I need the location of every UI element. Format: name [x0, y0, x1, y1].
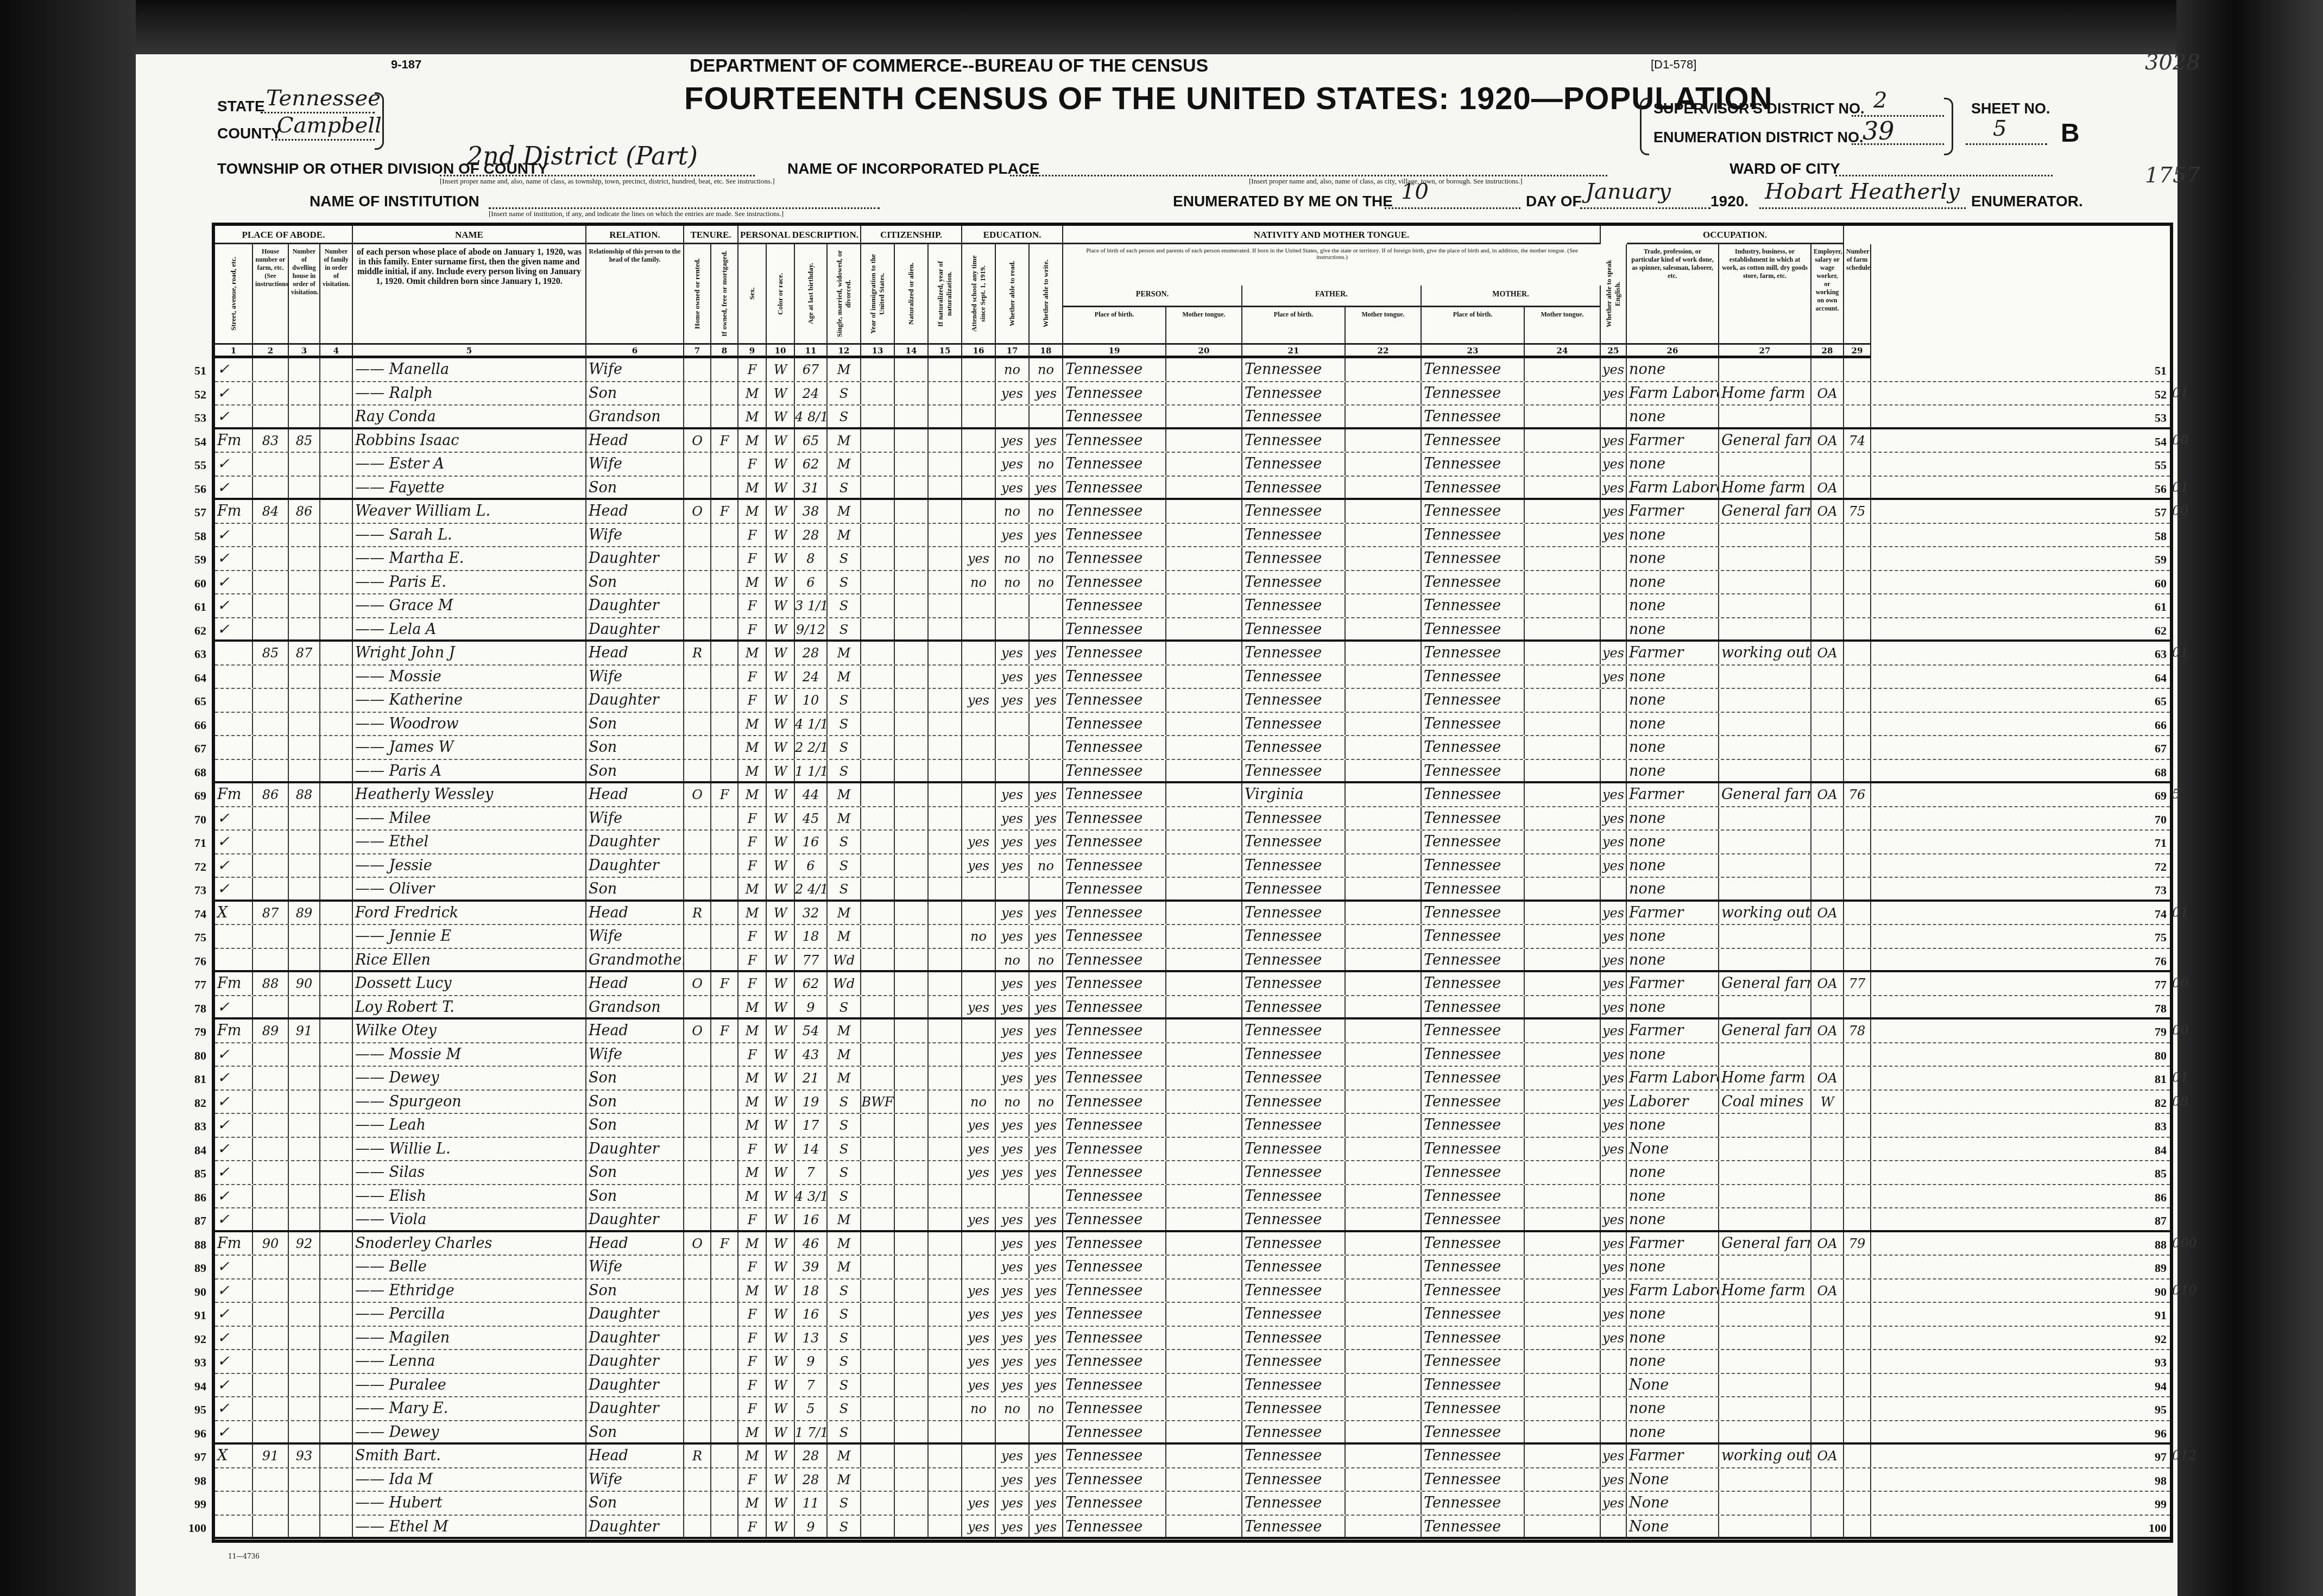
table-row: X8789Ford FredrickHeadRMW32MyesyesTennes… [215, 902, 2170, 926]
cell-m-tongue [1525, 925, 1601, 948]
cell-m-pob: Tennessee [1422, 713, 1525, 736]
cell-natyr [929, 500, 962, 523]
cell-mort [711, 1161, 738, 1184]
cell-natyr [929, 358, 962, 381]
cell-street: X [215, 1445, 253, 1467]
cell-race: W [767, 429, 795, 452]
cell-nat [895, 1492, 929, 1515]
table-row: —— HubertSonMW11SyesyesyesTennesseeTenne… [215, 1492, 2170, 1516]
cell-dwelling [289, 1516, 320, 1537]
cell-marital: S [828, 1397, 861, 1420]
cell-family [320, 500, 353, 523]
cell-pob: Tennessee [1063, 1492, 1166, 1515]
cell-street [215, 642, 253, 664]
column-number: 28 [1811, 343, 1844, 358]
cell-industry [1719, 547, 1811, 570]
cell-read [996, 618, 1030, 640]
cell-pob: Tennessee [1063, 713, 1166, 736]
cell-age: 65 [795, 429, 828, 452]
side-stamp: 1757 [2145, 163, 2200, 188]
cell-write: yes [1030, 1208, 1063, 1230]
cell-race: W [767, 1280, 795, 1302]
cell-natyr [929, 1138, 962, 1161]
line-number: 61 [185, 600, 206, 614]
cell-sex: M [738, 783, 767, 806]
cell-f-pob: Tennessee [1242, 1397, 1346, 1420]
cell-class: OA [1811, 477, 1844, 498]
column-header-24: Mother tongue. [1525, 307, 1601, 343]
cell-pob: Tennessee [1063, 500, 1166, 523]
page-title: FOURTEENTH CENSUS OF THE UNITED STATES: … [684, 80, 1773, 117]
institution-instruction: [Insert name of institution, if any, and… [489, 210, 784, 218]
cell-home [684, 666, 711, 688]
cell-home [684, 453, 711, 476]
cell-dwelling [289, 382, 320, 405]
cell-sex: M [738, 500, 767, 523]
cell-mort [711, 1374, 738, 1397]
line-number: 73 [185, 883, 206, 897]
cell-family [320, 1327, 353, 1350]
cell-home [684, 524, 711, 547]
cell-industry [1719, 689, 1811, 712]
cell-dwelling [289, 453, 320, 476]
cell-age: 62 [795, 972, 828, 995]
cell-sex: F [738, 547, 767, 570]
cell-natyr [929, 807, 962, 830]
cell-industry [1719, 1374, 1811, 1397]
column-header-14: Naturalized or alien. [895, 244, 929, 343]
cell-street: ✓ [215, 807, 253, 830]
cell-read: yes [996, 1019, 1030, 1042]
cell-f-tongue [1346, 642, 1422, 664]
column-header-label: Naturalized or alien. [907, 248, 916, 340]
cell-marital: M [828, 500, 861, 523]
cell-write: no [1030, 453, 1063, 476]
line-number: 61 [2145, 600, 2167, 614]
cell-read: yes [996, 996, 1030, 1018]
cell-home [684, 1185, 711, 1208]
cell-age: 17 [795, 1114, 828, 1137]
column-number: 2 [253, 343, 289, 358]
cell-farm [1844, 1185, 1871, 1208]
cell-immig [861, 1350, 895, 1373]
column-number: 22 [1346, 343, 1422, 358]
cell-race: W [767, 642, 795, 664]
column-header-6: Relationship of this person to the head … [586, 244, 684, 343]
cell-name: —— Fayette [353, 477, 586, 498]
column-number: 18 [1030, 343, 1063, 358]
column-number: 10 [767, 343, 795, 358]
cell-sex: M [738, 1114, 767, 1137]
cell-f-tongue [1346, 453, 1422, 476]
cell-sex: F [738, 1208, 767, 1230]
cell-m-pob: Tennessee [1422, 1043, 1525, 1066]
line-number: 77 [185, 978, 206, 992]
cell-immig [861, 571, 895, 594]
cell-relation: Son [586, 1185, 684, 1208]
margin-code: 01 [2172, 645, 2189, 660]
cell-marital: M [828, 807, 861, 830]
cell-english: yes [1601, 1138, 1627, 1161]
cell-f-tongue [1346, 902, 1422, 924]
cell-write [1030, 406, 1063, 427]
cell-farm [1844, 382, 1871, 405]
cell-industry: working out [1719, 902, 1811, 924]
cell-relation: Wife [586, 807, 684, 830]
cell-f-pob: Tennessee [1242, 854, 1346, 877]
cell-mort [711, 713, 738, 736]
cell-industry: Home farm [1719, 477, 1811, 498]
cell-m-tongue [1525, 1138, 1601, 1161]
cell-f-pob: Tennessee [1242, 1043, 1346, 1066]
cell-mort [711, 1256, 738, 1278]
table-row: ✓—— PuraleeDaughterFW7SyesyesyesTennesse… [215, 1374, 2170, 1398]
column-number: 20 [1166, 343, 1242, 358]
cell-english: yes [1601, 783, 1627, 806]
cell-farm [1844, 1208, 1871, 1230]
cell-home [684, 760, 711, 782]
cell-name: —— Ida M [353, 1468, 586, 1491]
cell-class [1811, 925, 1844, 948]
cell-write: yes [1030, 783, 1063, 806]
cell-m-tongue [1525, 736, 1601, 759]
cell-class [1811, 594, 1844, 617]
cell-immig [861, 1327, 895, 1350]
cell-school [962, 1445, 996, 1467]
cell-f-pob: Tennessee [1242, 1067, 1346, 1090]
cell-school [962, 500, 996, 523]
column-header-label: Single, married, widowed, or divorced. [835, 248, 853, 340]
cell-read: yes [996, 1280, 1030, 1302]
bracket [1944, 98, 1953, 155]
cell-street: ✓ [215, 1350, 253, 1373]
cell-farm [1844, 1374, 1871, 1397]
cell-marital: S [828, 760, 861, 782]
cell-school: yes [962, 1138, 996, 1161]
cell-m-tongue [1525, 1043, 1601, 1066]
cell-school [962, 642, 996, 664]
cell-home [684, 571, 711, 594]
cell-mort [711, 1492, 738, 1515]
cell-mort [711, 807, 738, 830]
cell-nat [895, 1161, 929, 1184]
cell-read [996, 713, 1030, 736]
cell-m-pob: Tennessee [1422, 666, 1525, 688]
cell-trade: Farmer [1627, 783, 1719, 806]
cell-read: no [996, 500, 1030, 523]
cell-class [1811, 713, 1844, 736]
cell-class [1811, 1138, 1844, 1161]
cell-read: yes [996, 1492, 1030, 1515]
cell-mort [711, 854, 738, 877]
cell-name: Wright John J [353, 642, 586, 664]
cell-age: 4 1/12 [795, 713, 828, 736]
cell-write: yes [1030, 1327, 1063, 1350]
column-number: 6 [586, 343, 684, 358]
cell-class: OA [1811, 429, 1844, 452]
cell-mort: F [711, 783, 738, 806]
cell-race: W [767, 1019, 795, 1042]
cell-tongue [1166, 1492, 1242, 1515]
cell-natyr [929, 831, 962, 853]
incorporated-place-field [1010, 152, 1607, 176]
cell-home [684, 1374, 711, 1397]
cell-immig [861, 1445, 895, 1467]
cell-marital: M [828, 1256, 861, 1278]
cell-mort [711, 996, 738, 1018]
cell-write: yes [1030, 831, 1063, 853]
cell-f-pob: Tennessee [1242, 358, 1346, 381]
cell-immig [861, 453, 895, 476]
line-number: 70 [2145, 813, 2167, 827]
cell-school: no [962, 571, 996, 594]
line-number: 67 [185, 742, 206, 756]
cell-nat [895, 854, 929, 877]
cell-m-pob: Tennessee [1422, 1421, 1525, 1443]
cell-school: yes [962, 1327, 996, 1350]
cell-farm: 76 [1844, 783, 1871, 806]
cell-immig [861, 1421, 895, 1443]
column-header-label: Number of family in order of visitation. [320, 244, 352, 292]
cell-f-pob: Tennessee [1242, 713, 1346, 736]
cell-trade: Farmer [1627, 1019, 1719, 1042]
cell-english: yes [1601, 1208, 1627, 1230]
cell-marital: M [828, 1468, 861, 1491]
cell-industry [1719, 1114, 1811, 1137]
line-number: 58 [185, 529, 206, 543]
cell-tongue [1166, 1421, 1242, 1443]
cell-natyr [929, 547, 962, 570]
cell-m-pob: Tennessee [1422, 406, 1525, 427]
cell-m-tongue [1525, 477, 1601, 498]
enumerated-label: ENUMERATED BY ME ON THE [1173, 193, 1393, 210]
cell-family [320, 1350, 353, 1373]
cell-home [684, 713, 711, 736]
cell-home [684, 1303, 711, 1326]
cell-dwelling [289, 1397, 320, 1420]
cell-school [962, 594, 996, 617]
margin-code: 5 [2172, 787, 2180, 802]
cell-write: no [1030, 571, 1063, 594]
line-number: 91 [185, 1308, 206, 1322]
group-header-education: EDUCATION. [962, 226, 1063, 244]
cell-m-pob: Tennessee [1422, 571, 1525, 594]
cell-write [1030, 713, 1063, 736]
cell-mort [711, 477, 738, 498]
subgroup-header-mother: MOTHER. [1422, 286, 1601, 307]
cell-age: 16 [795, 831, 828, 853]
cell-tongue [1166, 594, 1242, 617]
cell-m-tongue [1525, 854, 1601, 877]
cell-m-pob: Tennessee [1422, 996, 1525, 1018]
cell-street: X [215, 902, 253, 924]
column-header-20: Mother tongue. [1166, 307, 1242, 343]
cell-f-pob: Tennessee [1242, 1138, 1346, 1161]
cell-pob: Tennessee [1063, 902, 1166, 924]
cell-nat [895, 1350, 929, 1373]
cell-class [1811, 406, 1844, 427]
cell-english: yes [1601, 1327, 1627, 1350]
cell-nat [895, 1232, 929, 1255]
cell-m-tongue [1525, 1421, 1601, 1443]
cell-m-pob: Tennessee [1422, 642, 1525, 664]
cell-marital: S [828, 1327, 861, 1350]
cell-immig [861, 1397, 895, 1420]
cell-read [996, 1185, 1030, 1208]
cell-trade: none [1627, 854, 1719, 877]
cell-m-tongue [1525, 1303, 1601, 1326]
cell-mort: F [711, 1019, 738, 1042]
cell-trade: None [1627, 1468, 1719, 1491]
table-row: ✓—— Mossie MWifeFW43MyesyesTennesseeTenn… [215, 1043, 2170, 1067]
cell-sex: M [738, 406, 767, 427]
line-number: 68 [2145, 765, 2167, 780]
column-number: 7 [684, 343, 711, 358]
margin-code: 00 [2172, 976, 2189, 991]
cell-home [684, 807, 711, 830]
cell-sex: F [738, 1043, 767, 1066]
cell-class: W [1811, 1091, 1844, 1113]
cell-m-pob: Tennessee [1422, 1327, 1525, 1350]
cell-m-pob: Tennessee [1422, 1397, 1525, 1420]
cell-tongue [1166, 1397, 1242, 1420]
cell-house: 90 [253, 1232, 289, 1255]
cell-trade: none [1627, 878, 1719, 900]
cell-school: yes [962, 1516, 996, 1537]
line-number: 83 [2145, 1119, 2167, 1133]
cell-mort: F [711, 500, 738, 523]
cell-immig [861, 1114, 895, 1137]
cell-english [1601, 1350, 1627, 1373]
cell-dwelling: 93 [289, 1445, 320, 1467]
cell-trade: none [1627, 406, 1719, 427]
cell-industry [1719, 524, 1811, 547]
cell-f-pob: Tennessee [1242, 429, 1346, 452]
cell-mort [711, 666, 738, 688]
cell-age: 31 [795, 477, 828, 498]
cell-write: yes [1030, 1374, 1063, 1397]
cell-tongue [1166, 1019, 1242, 1042]
cell-race: W [767, 1185, 795, 1208]
cell-write: yes [1030, 1350, 1063, 1373]
cell-name: —— Elish [353, 1185, 586, 1208]
cell-school [962, 358, 996, 381]
cell-nat [895, 547, 929, 570]
cell-race: W [767, 1114, 795, 1137]
cell-natyr [929, 713, 962, 736]
cell-f-pob: Tennessee [1242, 1303, 1346, 1326]
cell-english: yes [1601, 807, 1627, 830]
cell-natyr [929, 1161, 962, 1184]
cell-tongue [1166, 1185, 1242, 1208]
cell-industry [1719, 1421, 1811, 1443]
cell-mort [711, 524, 738, 547]
cell-home [684, 406, 711, 427]
cell-school [962, 1185, 996, 1208]
column-header-25: Whether able to speak English. [1601, 244, 1627, 343]
cell-m-pob: Tennessee [1422, 1091, 1525, 1113]
cell-nat [895, 807, 929, 830]
cell-sex: F [738, 807, 767, 830]
cell-name: —— Jessie [353, 854, 586, 877]
cell-dwelling [289, 1138, 320, 1161]
cell-read: yes [996, 1256, 1030, 1278]
cell-mort [711, 1397, 738, 1420]
cell-read: yes [996, 666, 1030, 688]
cell-age: 1 7/12 [795, 1421, 828, 1443]
cell-tongue [1166, 1138, 1242, 1161]
cell-sex: F [738, 1256, 767, 1278]
cell-natyr [929, 642, 962, 664]
cell-english: yes [1601, 1067, 1627, 1090]
cell-class [1811, 760, 1844, 782]
cell-marital: M [828, 925, 861, 948]
cell-f-tongue [1346, 382, 1422, 405]
group-header-personal: PERSONAL DESCRIPTION. [738, 226, 861, 244]
cell-name: —— Dewey [353, 1067, 586, 1090]
cell-mort [711, 406, 738, 427]
cell-class: OA [1811, 1067, 1844, 1090]
cell-relation: Son [586, 477, 684, 498]
ward-field [1835, 152, 2053, 176]
line-number: 96 [2145, 1427, 2167, 1441]
cell-age: 16 [795, 1303, 828, 1326]
cell-relation: Daughter [586, 689, 684, 712]
cell-school: no [962, 925, 996, 948]
cell-farm [1844, 1303, 1871, 1326]
cell-english: yes [1601, 666, 1627, 688]
cell-family [320, 1445, 353, 1467]
cell-age: 7 [795, 1161, 828, 1184]
column-number: 11 [795, 343, 828, 358]
column-number: 25 [1601, 343, 1627, 358]
cell-english: yes [1601, 382, 1627, 405]
cell-race: W [767, 1232, 795, 1255]
cell-read: yes [996, 902, 1030, 924]
cell-name: Weaver William L. [353, 500, 586, 523]
cell-immig [861, 618, 895, 640]
cell-nat [895, 1516, 929, 1537]
line-number: 100 [2145, 1521, 2167, 1535]
line-number: 78 [2145, 1002, 2167, 1016]
cell-sex: M [738, 1421, 767, 1443]
sheet-number-field: 5 [1966, 121, 2047, 145]
cell-marital: S [828, 594, 861, 617]
table-row: Fm8385Robbins IsaacHeadOFMW65MyesyesTenn… [215, 429, 2170, 453]
cell-tongue [1166, 1114, 1242, 1137]
cell-street: ✓ [215, 1043, 253, 1066]
cell-marital: S [828, 1350, 861, 1373]
cell-street: ✓ [215, 382, 253, 405]
cell-nat [895, 382, 929, 405]
county-value: Campbell [277, 113, 382, 138]
cell-natyr [929, 594, 962, 617]
institution-field [489, 185, 880, 209]
cell-age: 10 [795, 689, 828, 712]
cell-class [1811, 571, 1844, 594]
cell-tongue [1166, 1043, 1242, 1066]
cell-name: —— Puralee [353, 1374, 586, 1397]
cell-industry [1719, 1185, 1811, 1208]
cell-relation: Son [586, 1492, 684, 1515]
line-number: 52 [185, 388, 206, 402]
cell-race: W [767, 594, 795, 617]
cell-race: W [767, 854, 795, 877]
table-row: Fm8688Heatherly WessleyHeadOFMW44Myesyes… [215, 783, 2170, 807]
cell-dwelling [289, 1421, 320, 1443]
cell-race: W [767, 547, 795, 570]
cell-home [684, 1091, 711, 1113]
